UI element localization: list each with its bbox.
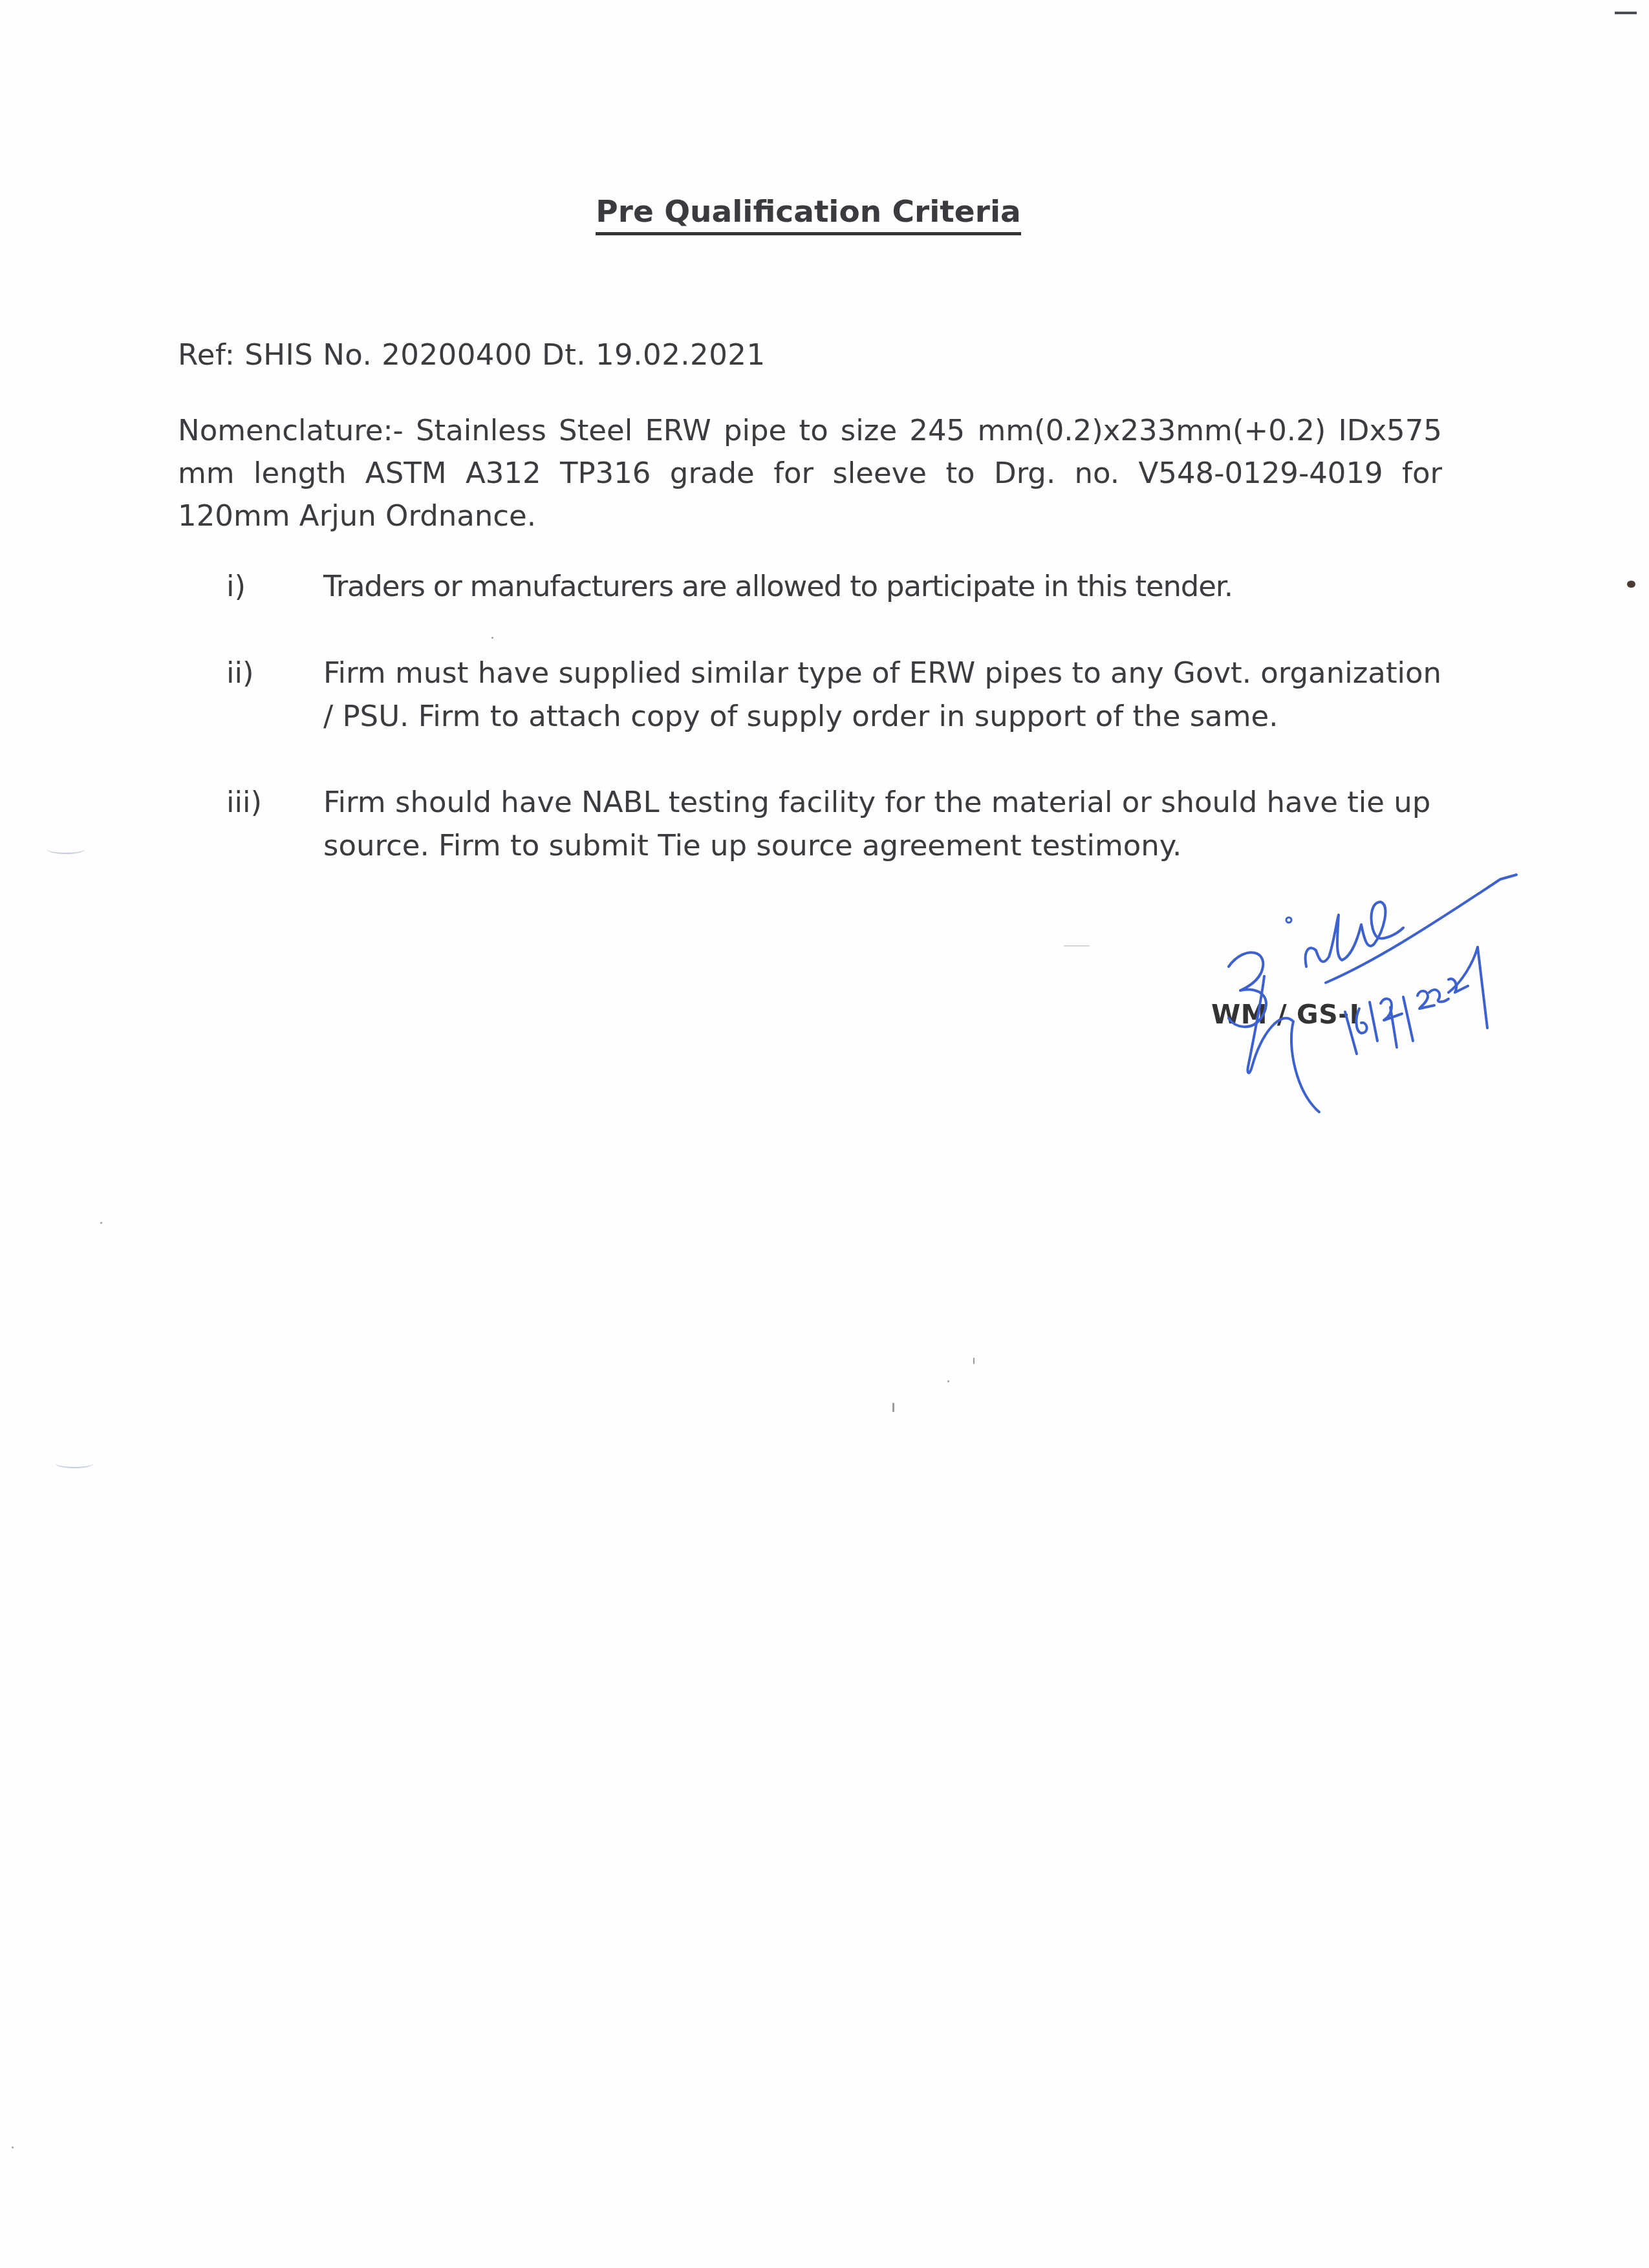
scan-dot-mark xyxy=(1627,581,1635,588)
scan-speck xyxy=(491,637,493,639)
scan-edge-mark xyxy=(1064,945,1090,947)
page-title-text: Pre Qualification Criteria xyxy=(596,194,1020,235)
criteria-marker: iii) xyxy=(226,780,310,824)
criteria-text: Firm must have supplied similar type of … xyxy=(323,651,1442,738)
scan-edge-mark xyxy=(1615,12,1637,14)
scan-speck xyxy=(12,2146,14,2148)
page-title: Pre Qualification Criteria xyxy=(0,194,1617,230)
scan-edge-curve xyxy=(55,1458,94,1468)
reference-line: Ref: SHIS No. 20200400 Dt. 19.02.2021 xyxy=(178,337,766,372)
signature-icon xyxy=(1164,853,1565,1125)
criteria-text: Traders or manufacturers are allowed to … xyxy=(323,564,1442,608)
criteria-marker: i) xyxy=(226,564,310,608)
nomenclature-paragraph: Nomenclature:- Stainless Steel ERW pipe … xyxy=(178,409,1442,537)
scan-speck xyxy=(947,1380,949,1382)
scan-speck xyxy=(892,1403,894,1412)
document-page: Pre Qualification Criteria Ref: SHIS No.… xyxy=(0,0,1649,2268)
scan-edge-curve xyxy=(47,844,85,854)
handwritten-signature xyxy=(1164,853,1565,1125)
scan-speck xyxy=(100,1222,102,1224)
scan-speck xyxy=(973,1358,975,1364)
criteria-marker: ii) xyxy=(226,651,310,694)
